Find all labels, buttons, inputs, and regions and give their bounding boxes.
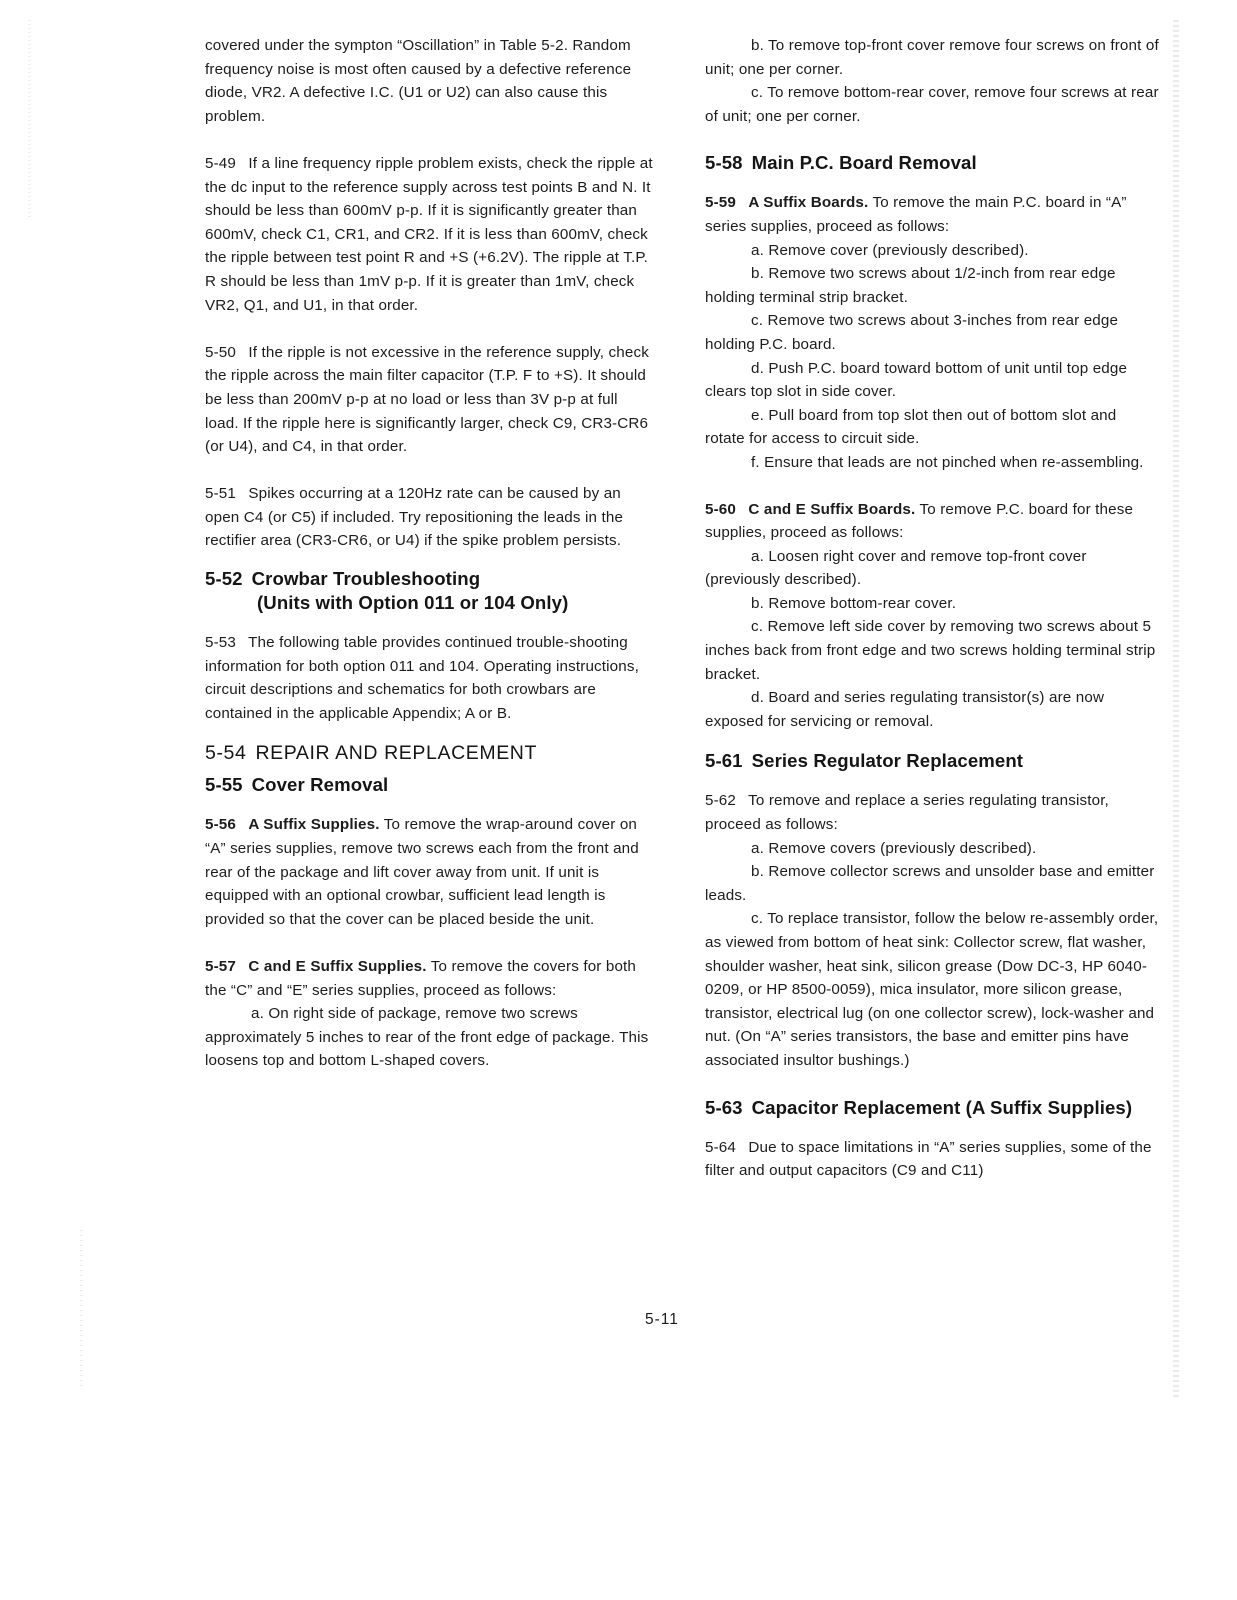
procedure-step: a. Remove cover (previously described).: [705, 239, 1160, 263]
paragraph-text: To remove and replace a series regulatin…: [705, 792, 1109, 833]
paragraph-text: If the ripple is not excessive in the re…: [205, 344, 649, 455]
scan-edge-artifact-left-lower: [80, 1230, 83, 1390]
paragraph-number: 5-51: [205, 485, 236, 502]
paragraph-number: 5-53: [205, 634, 236, 651]
paragraph-5-51: 5-51 Spikes occurring at a 120Hz rate ca…: [205, 482, 655, 553]
procedure-step: a. On right side of package, remove two …: [205, 1002, 655, 1073]
paragraph-5-64: 5-64 Due to space limitations in “A” ser…: [705, 1136, 1160, 1183]
procedure-step: b. Remove collector screws and unsolder …: [705, 860, 1160, 907]
paragraph-text: Spikes occurring at a 120Hz rate can be …: [205, 485, 623, 549]
paragraph-number: 5-49: [205, 155, 236, 172]
section-heading-5-55: 5-55Cover Removal: [205, 773, 655, 797]
procedure-step: a. Remove covers (previously described).: [705, 837, 1160, 861]
procedure-step: c. To replace transistor, follow the bel…: [705, 907, 1160, 1072]
procedure-step: c. To remove bottom-rear cover, remove f…: [705, 81, 1160, 128]
paragraph-number: 5-50: [205, 344, 236, 361]
paragraph-text: Due to space limitations in “A” series s…: [705, 1139, 1152, 1180]
paragraph-5-60: 5-60 C and E Suffix Boards. To remove P.…: [705, 498, 1160, 545]
procedure-step: c. Remove two screws about 3-inches from…: [705, 309, 1160, 356]
paragraph-lead: A Suffix Boards.: [748, 194, 868, 211]
procedure-step: d. Board and series regulating transisto…: [705, 686, 1160, 733]
section-number: 5-58: [705, 152, 743, 173]
paragraph-5-57: 5-57 C and E Suffix Supplies. To remove …: [205, 955, 655, 1002]
paragraph-lead: C and E Suffix Boards.: [748, 501, 915, 518]
paragraph-5-59: 5-59 A Suffix Boards. To remove the main…: [705, 191, 1160, 238]
section-title: Series Regulator Replacement: [752, 750, 1023, 771]
section-heading-5-54: 5-54REPAIR AND REPLACEMENT: [205, 741, 655, 765]
paragraph-lead: C and E Suffix Supplies.: [248, 958, 426, 975]
paragraph-number: 5-62: [705, 792, 736, 809]
paragraph-number: 5-59: [705, 194, 736, 211]
procedure-step: f. Ensure that leads are not pinched whe…: [705, 451, 1160, 475]
paragraph-5-56: 5-56 A Suffix Supplies. To remove the wr…: [205, 813, 655, 931]
section-heading-5-58: 5-58Main P.C. Board Removal: [705, 151, 1160, 175]
procedure-step: e. Pull board from top slot then out of …: [705, 404, 1160, 451]
paragraph-number: 5-60: [705, 501, 736, 518]
section-number: 5-52: [205, 568, 243, 589]
scan-edge-artifact: [1173, 20, 1179, 1400]
scan-edge-artifact-left: [28, 20, 31, 220]
paragraph-number: 5-56: [205, 816, 236, 833]
paragraph-continued: covered under the sympton “Oscillation” …: [205, 34, 655, 128]
manual-page: covered under the sympton “Oscillation” …: [0, 0, 1237, 1600]
paragraph-text: If a line frequency ripple problem exist…: [205, 155, 653, 314]
left-column: covered under the sympton “Oscillation” …: [205, 34, 655, 1073]
paragraph-5-50: 5-50 If the ripple is not excessive in t…: [205, 341, 655, 459]
right-column: b. To remove top-front cover remove four…: [705, 34, 1160, 1206]
section-number: 5-61: [705, 750, 743, 771]
section-heading-5-61: 5-61Series Regulator Replacement: [705, 749, 1160, 773]
procedure-step: b. Remove bottom-rear cover.: [705, 592, 1160, 616]
paragraph-text: The following table provides continued t…: [205, 634, 639, 722]
procedure-step: b. Remove two screws about 1/2-inch from…: [705, 262, 1160, 309]
section-number: 5-55: [205, 774, 243, 795]
paragraph-5-49: 5-49 If a line frequency ripple problem …: [205, 152, 655, 317]
section-title: Main P.C. Board Removal: [752, 152, 977, 173]
paragraph-5-53: 5-53 The following table provides contin…: [205, 631, 655, 725]
procedure-step: a. Loosen right cover and remove top-fro…: [705, 545, 1160, 592]
procedure-step: d. Push P.C. board toward bottom of unit…: [705, 357, 1160, 404]
procedure-step: c. Remove left side cover by removing tw…: [705, 615, 1160, 686]
procedure-step: b. To remove top-front cover remove four…: [705, 34, 1160, 81]
section-title: REPAIR AND REPLACEMENT: [255, 742, 537, 764]
section-heading-5-52-subtitle: (Units with Option 011 or 104 Only): [205, 591, 655, 615]
section-title: Capacitor Replacement (A Suffix Supplies…: [752, 1097, 1133, 1118]
paragraph-number: 5-57: [205, 958, 236, 975]
section-number: 5-63: [705, 1097, 743, 1118]
section-heading-5-63: 5-63Capacitor Replacement (A Suffix Supp…: [705, 1096, 1160, 1120]
section-title: Cover Removal: [252, 774, 389, 795]
paragraph-lead: A Suffix Supplies.: [248, 816, 379, 833]
section-title: Crowbar Troubleshooting: [252, 568, 481, 589]
section-heading-5-52: 5-52Crowbar Troubleshooting: [205, 567, 655, 591]
section-number: 5-54: [205, 742, 246, 764]
page-number: 5-11: [645, 1311, 679, 1329]
paragraph-5-62: 5-62 To remove and replace a series regu…: [705, 789, 1160, 836]
paragraph-number: 5-64: [705, 1139, 736, 1156]
